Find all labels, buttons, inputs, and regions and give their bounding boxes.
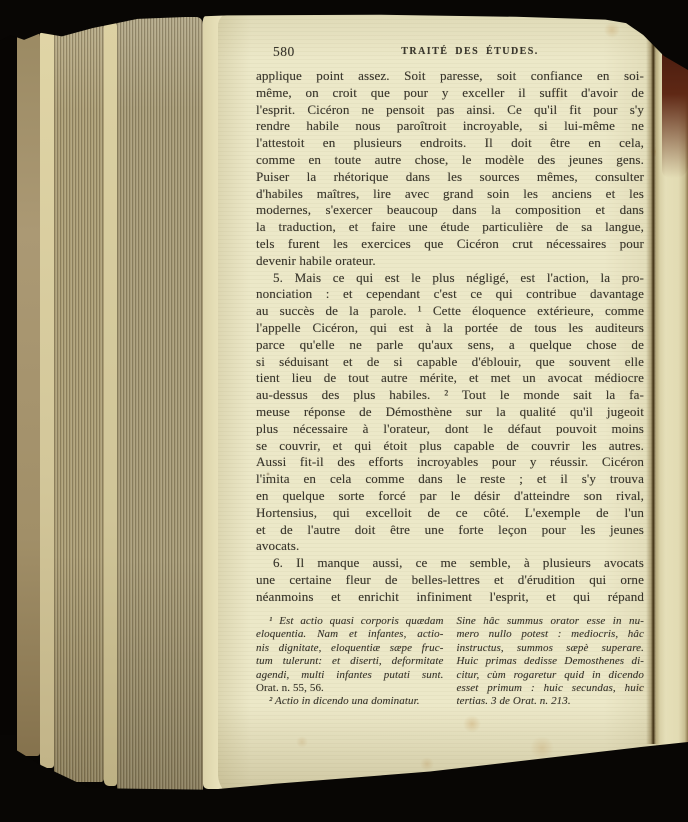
text-line: avocats. [256,538,644,555]
text-line: rendre habile nous paroîtroit incroyable… [256,118,644,135]
paragraph-6: 6. Il manque aussi, ce me semble, à plus… [256,555,644,605]
text-line: au succès de la parole. ¹ Cette éloquenc… [256,303,644,320]
book-page: 580 TRAITÉ DES ÉTUDES. applique point as… [218,12,688,800]
body-text: applique point assez. Soit paresse, soit… [256,68,644,606]
text-line: la traduction, et faire une étude partic… [256,219,644,236]
text-line: Orat. n. 55, 56. [256,682,444,695]
text-line: tient lieu de tout autre mérite, et met … [256,370,644,387]
gutter-crease [646,14,660,744]
text-line: si séduisant et de si capable d'éblouir,… [256,354,644,371]
text-line: se couvrir, et qui étoit plus capable de… [256,438,644,455]
text-line: même, on croit que pour y exceller il su… [256,85,644,102]
text-line: eloquentia. Nam et infantes, actio- [256,628,444,641]
cover-edge-band [17,30,40,756]
footnotes: ¹ Est actio quasi corporis quædameloquen… [256,615,644,709]
text-line: une certaine fleur de belles-lettres et … [256,572,644,589]
text-line: 6. Il manque aussi, ce me semble, à plus… [256,555,644,572]
paragraph-5: 5. Mais ce qui est le plus négligé, est … [256,270,644,556]
text-line: au-dessus des plus habiles. ² Tout le mo… [256,387,644,404]
page-edge-band-light [40,25,54,768]
text-line: nis dignitate, eloquentiæ sæpe fruc- [256,642,444,655]
text-line: comme en toute autre chose, le modèle de… [256,152,644,169]
text-line: instructus, summos sæpè superare. [457,642,645,655]
text-line: Aussi fit-il des efforts incroyables pou… [256,454,644,471]
text-line: tels furent les exercices que Cicéron cr… [256,236,644,253]
text-line: esset primum : huic secundas, huic [457,682,645,695]
text-line: Sine hâc summus orator esse in nu- [457,615,645,628]
text-line: l'attestoit en plusieurs endroits. Il do… [256,135,644,152]
paragraph-continuation: applique point assez. Soit paresse, soit… [256,68,644,270]
running-title: TRAITÉ DES ÉTUDES. [256,46,644,57]
footnote-column-right: Sine hâc summus orator esse in nu-mero n… [457,615,645,709]
text-line: et de l'autre doit être une forte leçon … [256,522,644,539]
text-line: modernes, s'exercer beaucoup dans la com… [256,202,644,219]
text-line: ¹ Est actio quasi corporis quædam [256,615,444,628]
text-line: applique point assez. Soit paresse, soit… [256,68,644,85]
text-line: Huic primas dedisse Demosthenes di- [457,655,645,668]
text-line: l'imita en cela comme dans le reste ; et… [256,471,644,488]
text-line: mero nullo potest : mediocris, hâc [457,628,645,641]
text-line: citur, cùm rogaretur quid in dicendo [457,669,645,682]
text-line: agendi, multi infantes putati sunt. [256,669,444,682]
text-line: nonciation : et cependant c'est ce qui c… [256,286,644,303]
text-line: meuse réponse de Démosthène sur la quali… [256,404,644,421]
text-line: ² Actio in dicendo una dominatur. [256,695,444,708]
text-line: tum tulerunt: et diserti, deformitate [256,655,444,668]
text-line: l'esprit. Cicéron ne pensoit pas ainsi. … [256,102,644,119]
text-line: parce qu'elle ne parle qu'aux sens, a qu… [256,337,644,354]
page-header: 580 TRAITÉ DES ÉTUDES. [256,44,644,62]
page-edge-band-striated [54,21,104,782]
text-line: d'habiles maîtres, lire avec grand soin … [256,186,644,203]
text-line: Hortensius, qui excelloit de ce côté. L'… [256,505,644,522]
text-line: devenir habile orateur. [256,253,644,270]
text-line: l'appelle Cicéron, qui est à la portée d… [256,320,644,337]
text-line: 5. Mais ce qui est le plus négligé, est … [256,270,644,287]
footnote-column-left: ¹ Est actio quasi corporis quædameloquen… [256,615,444,709]
text-line: Puiser la rhétorique dans les sources mê… [256,169,644,186]
page-edge-stack [14,12,226,798]
page-edge-band-light [104,19,117,786]
scanned-book-photo: 580 TRAITÉ DES ÉTUDES. applique point as… [0,0,688,822]
text-line: tertias. 3 de Orat. n. 213. [457,695,645,708]
text-line: en quelque sorte forcé par le désir d'at… [256,488,644,505]
text-line: plus nécessaire à l'orateur, dont le déf… [256,421,644,438]
page-edge-band-striated [117,17,203,792]
text-line: néanmoins et enrichit infiniment l'espri… [256,589,644,606]
